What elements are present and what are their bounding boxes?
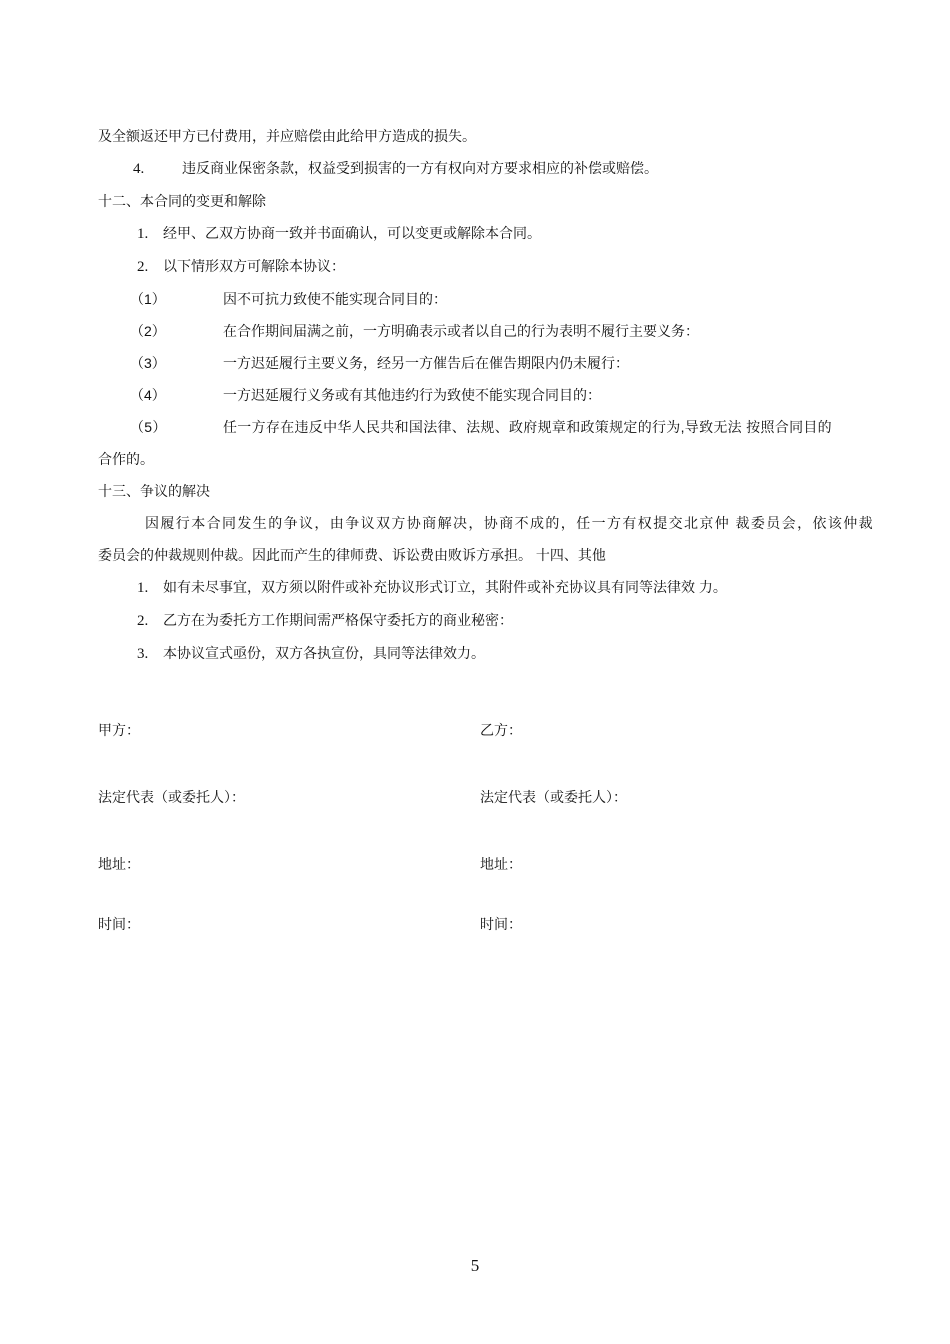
section-heading-13: 十三、争议的解决 [98, 475, 860, 507]
subclause-text: 任一方存在违反中华人民共和国法律、法规、政府规章和政策规定的行为,导致无法 按照… [223, 419, 832, 435]
clause-text: 本协议宣式亟份，双方各执宣份，具同等法律效力。 [163, 645, 485, 661]
paragraph-line: 因履行本合同发生的争议，由争议双方协商解决，协商不成的，任一方有权提交北京仲 裁… [98, 507, 860, 539]
paragraph-line: 委员会的仲裁规则仲裁。因此而产生的律师费、诉讼费由败诉方承担。 十四、其他 [98, 539, 860, 571]
clause-number: 1. [137, 572, 163, 604]
clause-text: 违反商业保密条款，权益受到损害的一方有权向对方要求相应的补偿或赔偿。 [182, 160, 658, 176]
signature-block: 甲方： 乙方： 法定代表（或委托人）： 法定代表（或委托人）： 地址： 地址： … [98, 714, 860, 940]
party-a-address-label: 地址： [98, 848, 480, 880]
signature-row: 地址： 地址： [98, 848, 860, 880]
clause-text: 以下情形双方可解除本协议： [163, 258, 345, 274]
subclause-line: （3）一方迟延履行主要义务，经另一方催告后在催告期限内仍未履行： [98, 347, 860, 379]
clause-text: 乙方在为委托方工作期间需严格保守委托方的商业秘密： [163, 612, 513, 628]
clause-text: 经甲、乙双方协商一致并书面确认，可以变更或解除本合同。 [163, 225, 541, 241]
party-b-label: 乙方： [480, 714, 860, 746]
signature-row: 法定代表（或委托人）： 法定代表（或委托人）： [98, 781, 860, 813]
subclause-number: （3） [130, 347, 223, 379]
subclause-number: （5） [130, 411, 223, 443]
subclause-line: （2）在合作期间届满之前，一方明确表示或者以自己的行为表明不履行主要义务： [98, 315, 860, 347]
party-b-address-label: 地址： [480, 848, 860, 880]
subclause-line: （1）因不可抗力致使不能实现合同目的： [98, 283, 860, 315]
clause-text: 如有未尽事宜，双方须以附件或补充协议形式订立，其附件或补充协议具有同等法律效 力… [163, 579, 727, 595]
party-a-representative-label: 法定代表（或委托人）： [98, 781, 480, 813]
clause-line: 及全额返还甲方已付费用，并应赔偿由此给甲方造成的损失。 [98, 120, 860, 152]
party-a-label: 甲方： [98, 714, 480, 746]
document-body: 及全额返还甲方已付费用，并应赔偿由此给甲方造成的损失。 4.违反商业保密条款，权… [98, 120, 860, 940]
clause-number: 3. [137, 638, 163, 670]
subclause-number: （2） [130, 315, 223, 347]
signature-row: 甲方： 乙方： [98, 714, 860, 746]
contract-page: 及全额返还甲方已付费用，并应赔偿由此给甲方造成的损失。 4.违反商业保密条款，权… [0, 0, 950, 1344]
subclause-text: 在合作期间届满之前，一方明确表示或者以自己的行为表明不履行主要义务： [223, 323, 699, 339]
subclause-number: （1） [130, 283, 223, 315]
subclause-text: 一方迟延履行主要义务，经另一方催告后在催告期限内仍未履行： [223, 355, 629, 371]
clause-line: 1.如有未尽事宜，双方须以附件或补充协议形式订立，其附件或补充协议具有同等法律效… [98, 571, 860, 604]
party-b-date-label: 时间： [480, 908, 860, 940]
section-heading-12: 十二、本合同的变更和解除 [98, 185, 860, 217]
party-b-representative-label: 法定代表（或委托人）： [480, 781, 860, 813]
party-a-date-label: 时间： [98, 908, 480, 940]
clause-line: 2.以下情形双方可解除本协议： [98, 250, 860, 283]
subclause-text: 一方迟延履行义务或有其他违约行为致使不能实现合同目的： [223, 387, 601, 403]
clause-line: 4.违反商业保密条款，权益受到损害的一方有权向对方要求相应的补偿或赔偿。 [98, 152, 860, 185]
signature-row: 时间： 时间： [98, 908, 860, 940]
clause-line: 2.乙方在为委托方工作期间需严格保守委托方的商业秘密： [98, 604, 860, 637]
page-number: 5 [0, 1256, 950, 1276]
clause-number: 2. [137, 251, 163, 283]
clause-number: 2. [137, 605, 163, 637]
clause-number: 1. [137, 218, 163, 250]
subclause-text: 因不可抗力致使不能实现合同目的： [223, 291, 447, 307]
subclause-line: （4）一方迟延履行义务或有其他违约行为致使不能实现合同目的： [98, 379, 860, 411]
subclause-line: （5）任一方存在违反中华人民共和国法律、法规、政府规章和政策规定的行为,导致无法… [98, 411, 860, 443]
clause-line: 1.经甲、乙双方协商一致并书面确认，可以变更或解除本合同。 [98, 217, 860, 250]
clause-number: 4. [133, 153, 182, 185]
subclause-number: （4） [130, 379, 223, 411]
clause-line: 合作的。 [98, 443, 860, 475]
clause-line: 3.本协议宣式亟份，双方各执宣份，具同等法律效力。 [98, 637, 860, 670]
